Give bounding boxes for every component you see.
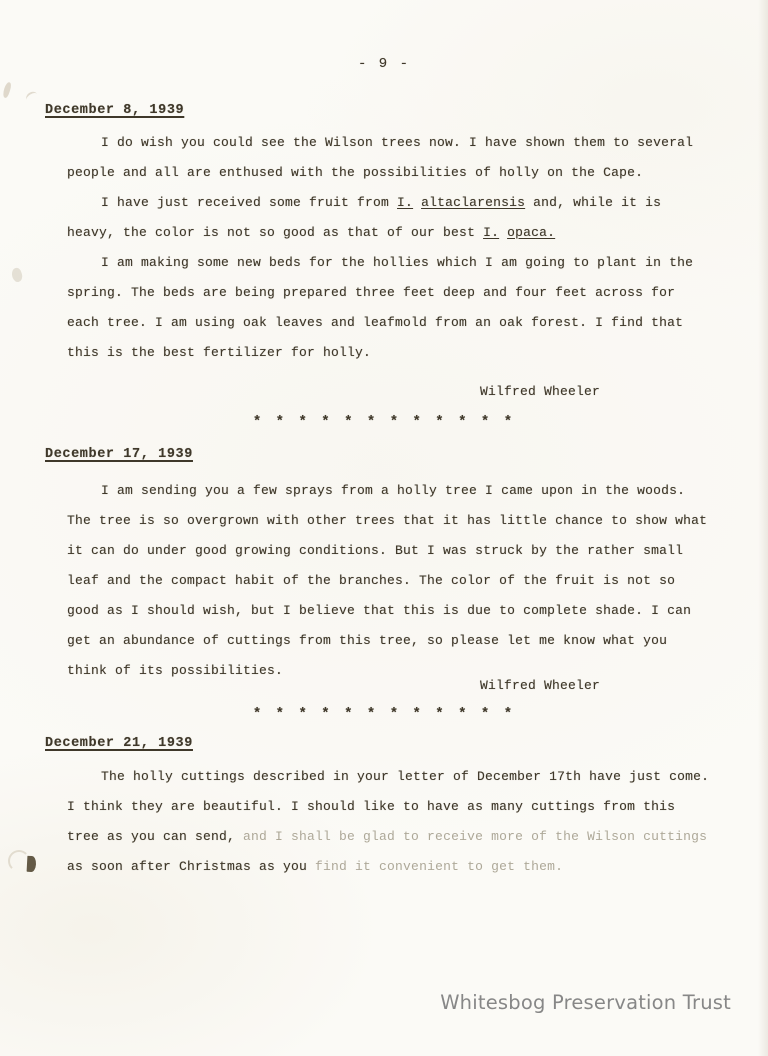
signature: Wilfred Wheeler	[480, 678, 600, 693]
page-number: - 9 -	[0, 56, 768, 72]
scan-artifact-smudge	[8, 850, 30, 872]
letter-body-dec8: I do wish you could see the Wilson trees…	[67, 128, 715, 368]
asterisk-separator: * * * * * * * * * * * *	[0, 414, 768, 430]
text-segment: I have just received some fruit from	[101, 195, 397, 210]
text-segment: find it convenient to get them.	[315, 859, 563, 874]
scan-artifact-smudge	[10, 267, 24, 284]
letter-date-heading: December 17, 1939	[45, 447, 193, 462]
text-segment: I.	[397, 195, 413, 210]
letter-paragraph: I have just received some fruit from I. …	[67, 188, 715, 248]
text-segment: I am sending you a few sprays from a hol…	[67, 483, 707, 678]
letter-paragraph: The holly cuttings described in your let…	[67, 762, 715, 882]
asterisk-separator: * * * * * * * * * * * *	[0, 706, 768, 722]
letter-body-dec21: The holly cuttings described in your let…	[67, 762, 715, 882]
text-segment: altaclarensis	[421, 195, 525, 210]
text-segment: and I shall be glad to receive more of t…	[243, 829, 707, 844]
scan-artifact-smudge	[2, 81, 13, 98]
text-segment: opaca.	[507, 225, 555, 240]
letter-paragraph: I do wish you could see the Wilson trees…	[67, 128, 715, 188]
text-segment: I am making some new beds for the hollie…	[67, 255, 693, 360]
text-segment: as soon after Christmas as you	[67, 859, 315, 874]
scan-artifact-ink-mark	[27, 856, 37, 872]
letter-paragraph: I am making some new beds for the hollie…	[67, 248, 715, 368]
signature: Wilfred Wheeler	[480, 384, 600, 399]
letter-paragraph: I am sending you a few sprays from a hol…	[67, 476, 715, 686]
letter-date-heading: December 21, 1939	[45, 736, 193, 751]
text-segment: I.	[483, 225, 499, 240]
scanned-letter-page: - 9 - December 8, 1939 I do wish you cou…	[0, 0, 768, 1056]
scan-edge-shading	[758, 0, 768, 1056]
text-segment: I do wish you could see the Wilson trees…	[67, 135, 693, 180]
letter-date-heading: December 8, 1939	[45, 103, 184, 118]
watermark-credit: Whitesbog Preservation Trust	[440, 991, 731, 1014]
letter-body-dec17: I am sending you a few sprays from a hol…	[67, 476, 715, 686]
text-segment	[413, 195, 421, 210]
scan-artifact-smudge	[24, 90, 39, 105]
text-segment	[499, 225, 507, 240]
